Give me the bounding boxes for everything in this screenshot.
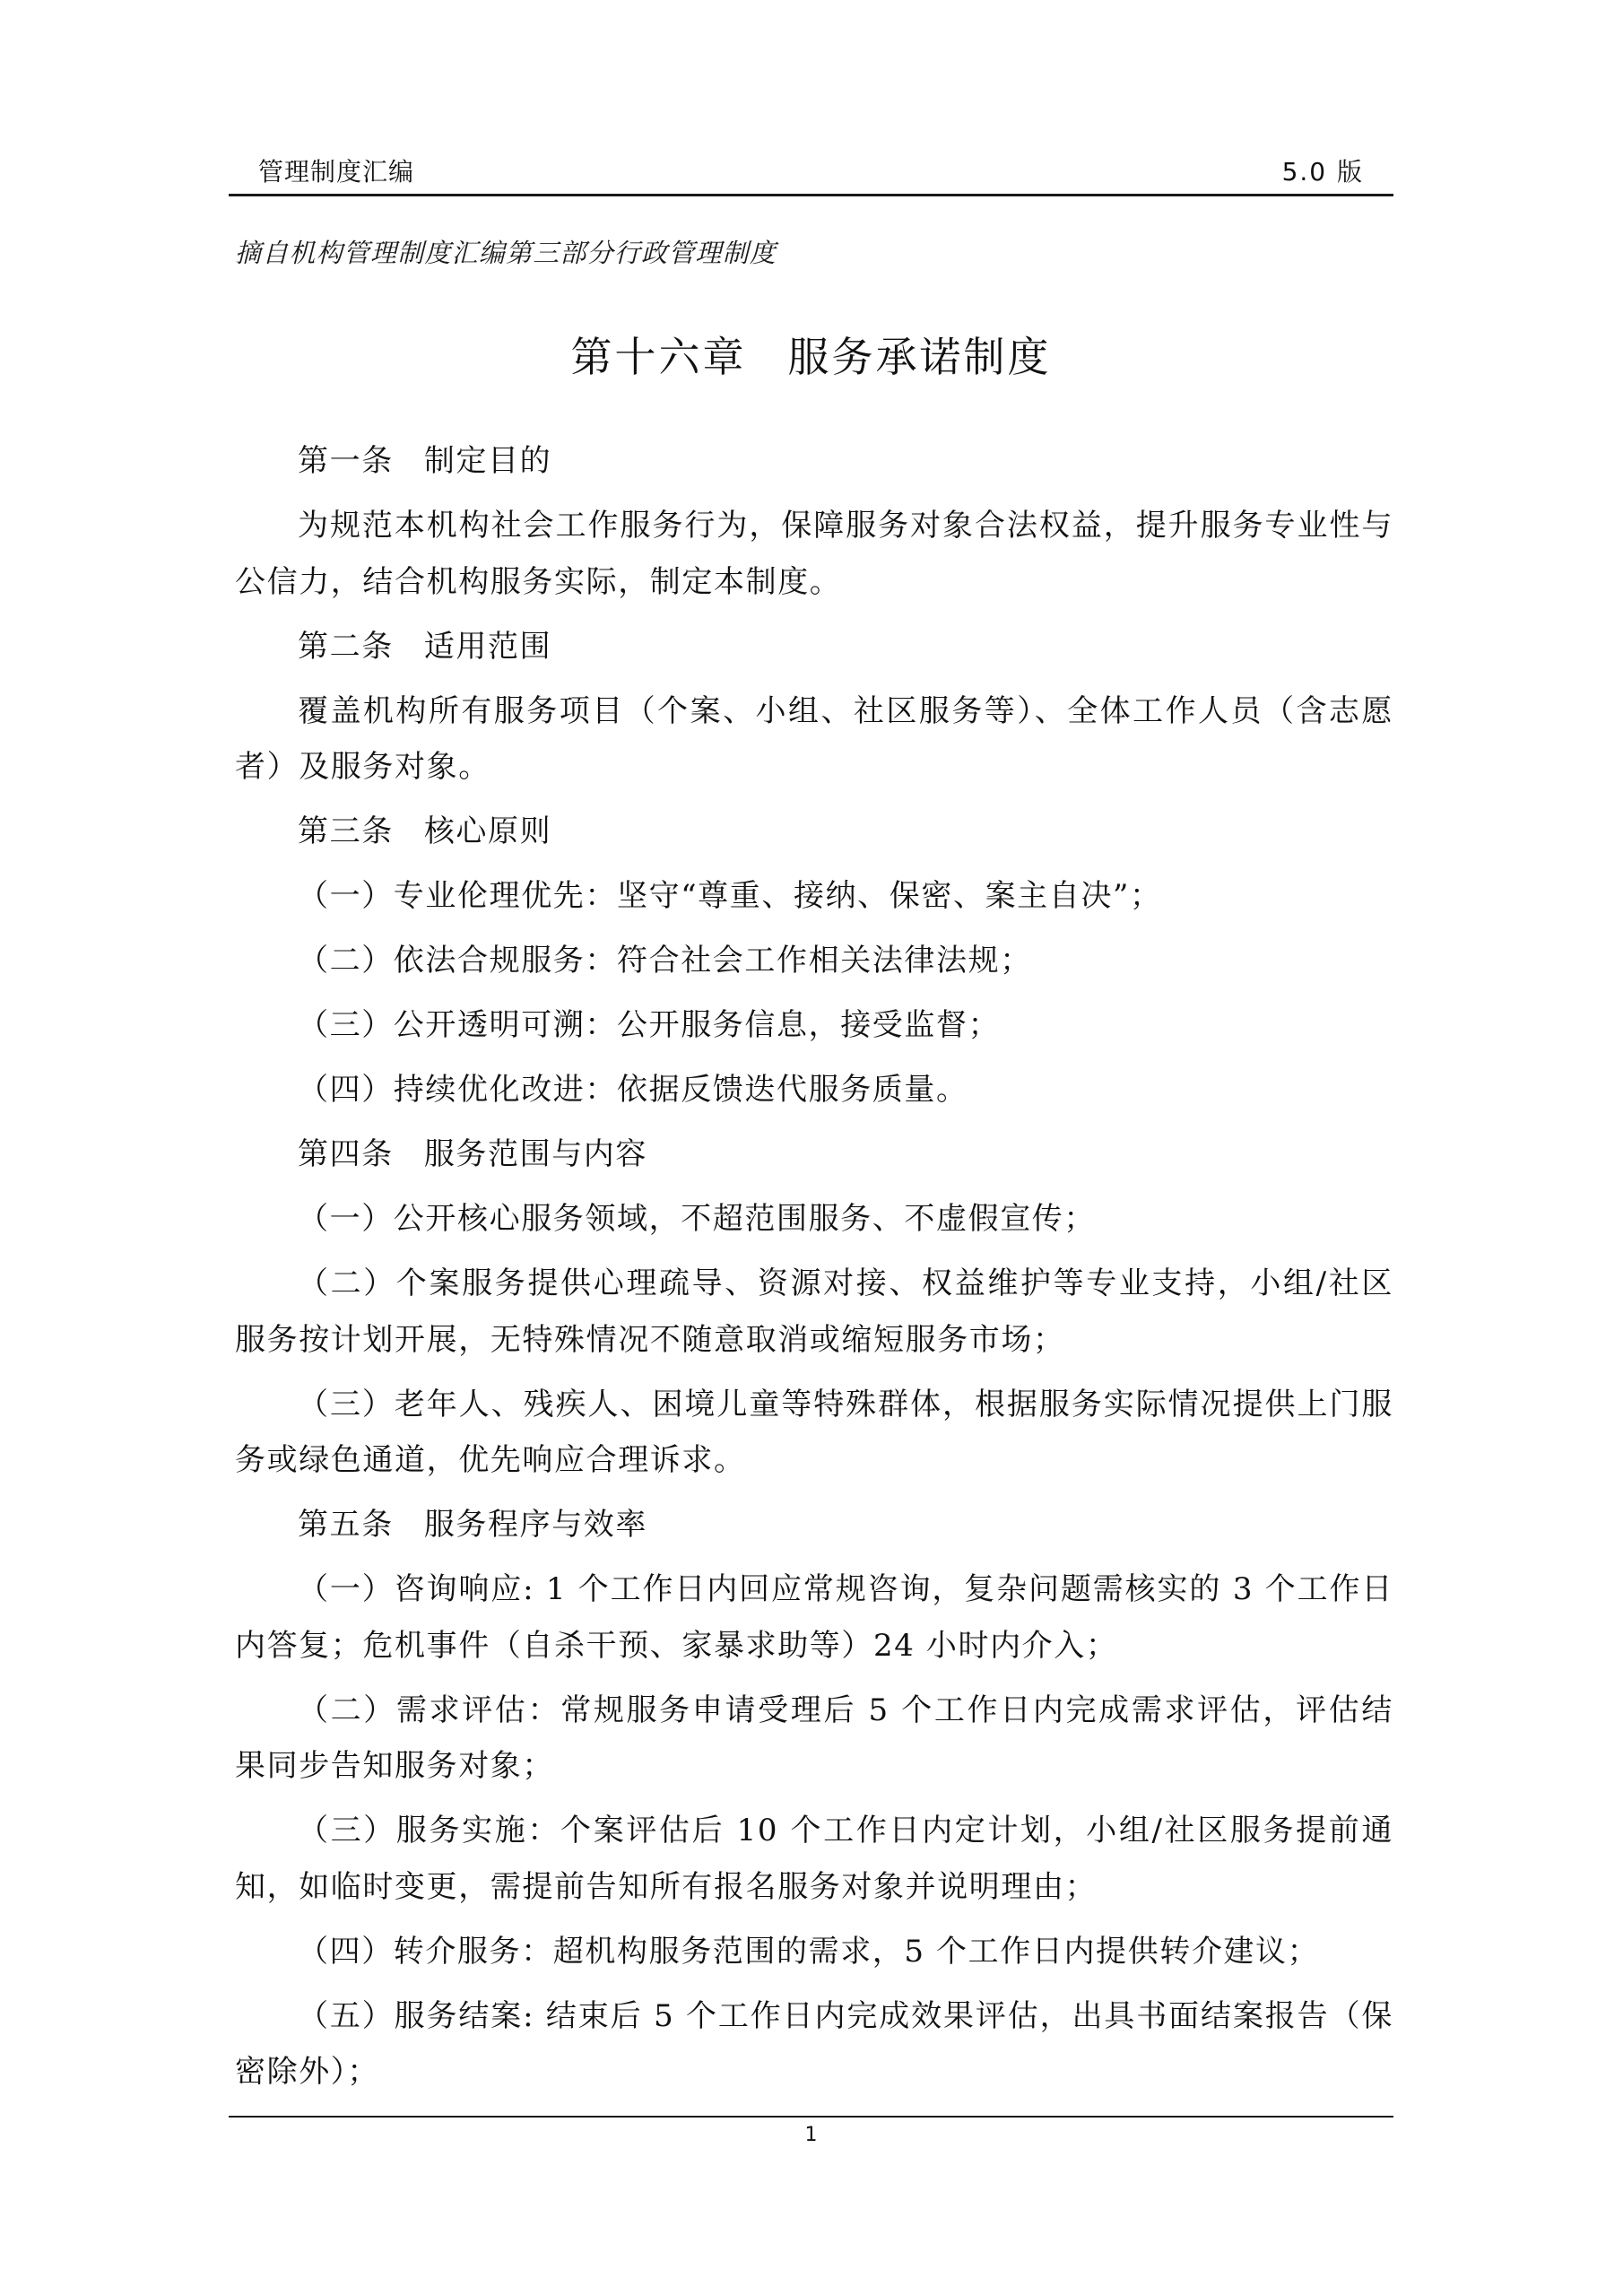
article-paragraph: （三）公开透明可溯：公开服务信息，接受监督；	[235, 997, 1393, 1054]
article-heading: 第五条服务程序与效率	[235, 1497, 1393, 1553]
article-paragraph: （一）公开核心服务领域，不超范围服务、不虚假宣传；	[235, 1191, 1393, 1248]
article-paragraph: （三）服务实施：个案评估后 10 个工作日内定计划，小组/社区服务提前通知，如临…	[235, 1803, 1393, 1915]
header-version: 5.0 版	[1282, 154, 1364, 190]
header-title: 管理制度汇编	[258, 154, 414, 190]
document-page: 管理制度汇编 5.0 版 摘自机构管理制度汇编第三部分行政管理制度 第十六章服务…	[0, 0, 1623, 2296]
article-number: 第一条	[298, 443, 394, 479]
source-note: 摘自机构管理制度汇编第三部分行政管理制度	[235, 235, 777, 271]
running-header: 管理制度汇编 5.0 版	[229, 154, 1393, 194]
article-paragraph: （四）转介服务：超机构服务范围的需求，5 个工作日内提供转介建议；	[235, 1924, 1393, 1980]
article-paragraph: 覆盖机构所有服务项目（个案、小组、社区服务等）、全体工作人员（含志愿者）及服务对…	[235, 683, 1393, 796]
article-number: 第三条	[298, 813, 394, 849]
page-number: 1	[229, 2122, 1393, 2149]
article-paragraph: （二）个案服务提供心理疏导、资源对接、权益维护等专业支持，小组/社区服务按计划开…	[235, 1256, 1393, 1368]
chapter-number: 第十六章	[571, 333, 747, 381]
article-heading: 第三条核心原则	[235, 804, 1393, 860]
chapter-name: 服务承诺制度	[788, 333, 1052, 381]
article-paragraph: （五）服务结案: 结束后 5 个工作日内完成效果评估，出具书面结案报告（保密除外…	[235, 1988, 1393, 2100]
article-heading: 第二条适用范围	[235, 619, 1393, 675]
footer-divider	[229, 2116, 1393, 2118]
article-heading: 第一条制定目的	[235, 433, 1393, 490]
article-title: 适用范围	[424, 629, 551, 665]
article-paragraph: （二）依法合规服务：符合社会工作相关法律法规；	[235, 933, 1393, 989]
document-body: 第一条制定目的 为规范本机构社会工作服务行为，保障服务对象合法权益，提升服务专业…	[235, 433, 1393, 2109]
article-number: 第二条	[298, 629, 394, 665]
article-paragraph: （一）专业伦理优先：坚守“尊重、接纳、保密、案主自决”；	[235, 868, 1393, 925]
article-title: 服务范围与内容	[424, 1136, 647, 1172]
article-number: 第四条	[298, 1136, 394, 1172]
chapter-title: 第十六章服务承诺制度	[229, 328, 1393, 386]
article-paragraph: 为规范本机构社会工作服务行为，保障服务对象合法权益，提升服务专业性与公信力，结合…	[235, 498, 1393, 610]
article-paragraph: （三）老年人、残疾人、困境儿童等特殊群体，根据服务实际情况提供上门服务或绿色通道…	[235, 1377, 1393, 1489]
article-heading: 第四条服务范围与内容	[235, 1126, 1393, 1183]
article-paragraph: （二）需求评估：常规服务申请受理后 5 个工作日内完成需求评估，评估结果同步告知…	[235, 1683, 1393, 1795]
article-number: 第五条	[298, 1507, 394, 1543]
article-title: 制定目的	[424, 443, 551, 479]
article-title: 服务程序与效率	[424, 1507, 647, 1543]
header-divider	[229, 194, 1393, 196]
article-paragraph: （四）持续优化改进：依据反馈迭代服务质量。	[235, 1062, 1393, 1118]
article-paragraph: （一）咨询响应: 1 个工作日内回应常规咨询，复杂问题需核实的 3 个工作日内答…	[235, 1561, 1393, 1674]
article-title: 核心原则	[424, 813, 551, 849]
